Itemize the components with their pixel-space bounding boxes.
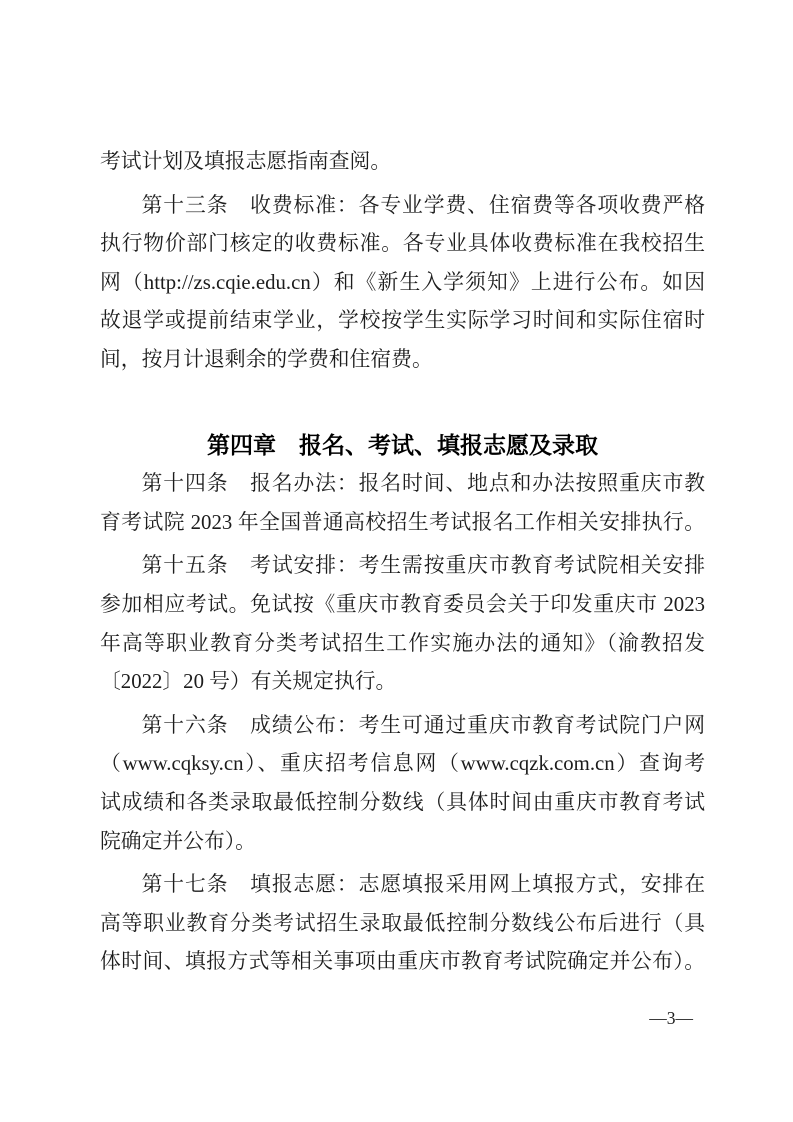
document-page: 考试计划及填报志愿指南查阅。 第十三条 收费标准：各专业学费、住宿费等各项收费严… [0, 0, 793, 1122]
body-line: 试成绩和各类录取最低控制分数线（具体时间由重庆市教育考试 [100, 784, 705, 823]
body-line: 第十七条 填报志愿：志愿填报采用网上填报方式，安排在 [100, 866, 705, 905]
page-number: —3— [649, 1006, 693, 1030]
body-line: 考试计划及填报志愿指南查阅。 [100, 143, 705, 182]
body-line: 〔2022〕20 号）有关规定执行。 [100, 663, 705, 702]
body-line: 体时间、填报方式等相关事项由重庆市教育考试院确定并公布）。 [100, 943, 705, 982]
body-line: 故退学或提前结束学业，学校按学生实际学习时间和实际住宿时 [100, 302, 705, 341]
body-line: 参加相应考试。免试按《重庆市教育委员会关于印发重庆市 2023 [100, 586, 705, 625]
body-line: 高等职业教育分类考试招生录取最低控制分数线公布后进行（具 [100, 905, 705, 944]
body-line: 育考试院 2023 年全国普通高校招生考试报名工作相关安排执行。 [100, 504, 705, 543]
body-line: 年高等职业教育分类考试招生工作实施办法的通知》（渝教招发 [100, 625, 705, 664]
body-line: 第十四条 报名办法：报名时间、地点和办法按照重庆市教 [100, 465, 705, 504]
body-line: 执行物价部门核定的收费标准。各专业具体收费标准在我校招生 [100, 225, 705, 264]
document-body: 考试计划及填报志愿指南查阅。 第十三条 收费标准：各专业学费、住宿费等各项收费严… [100, 143, 705, 982]
body-line: 院确定并公布）。 [100, 823, 705, 862]
body-line: 第十五条 考试安排：考生需按重庆市教育考试院相关安排 [100, 547, 705, 586]
chapter-heading: 第四章 报名、考试、填报志愿及录取 [100, 426, 705, 465]
body-line: 间，按月计退剩余的学费和住宿费。 [100, 341, 705, 380]
body-line: （www.cqksy.cn）、重庆招考信息网（www.cqzk.com.cn）查… [100, 745, 705, 784]
body-line: 第十三条 收费标准：各专业学费、住宿费等各项收费严格 [100, 187, 705, 226]
body-line: 第十六条 成绩公布：考生可通过重庆市教育考试院门户网 [100, 707, 705, 746]
body-line: 网（http://zs.cqie.edu.cn）和《新生入学须知》上进行公布。如… [100, 264, 705, 303]
